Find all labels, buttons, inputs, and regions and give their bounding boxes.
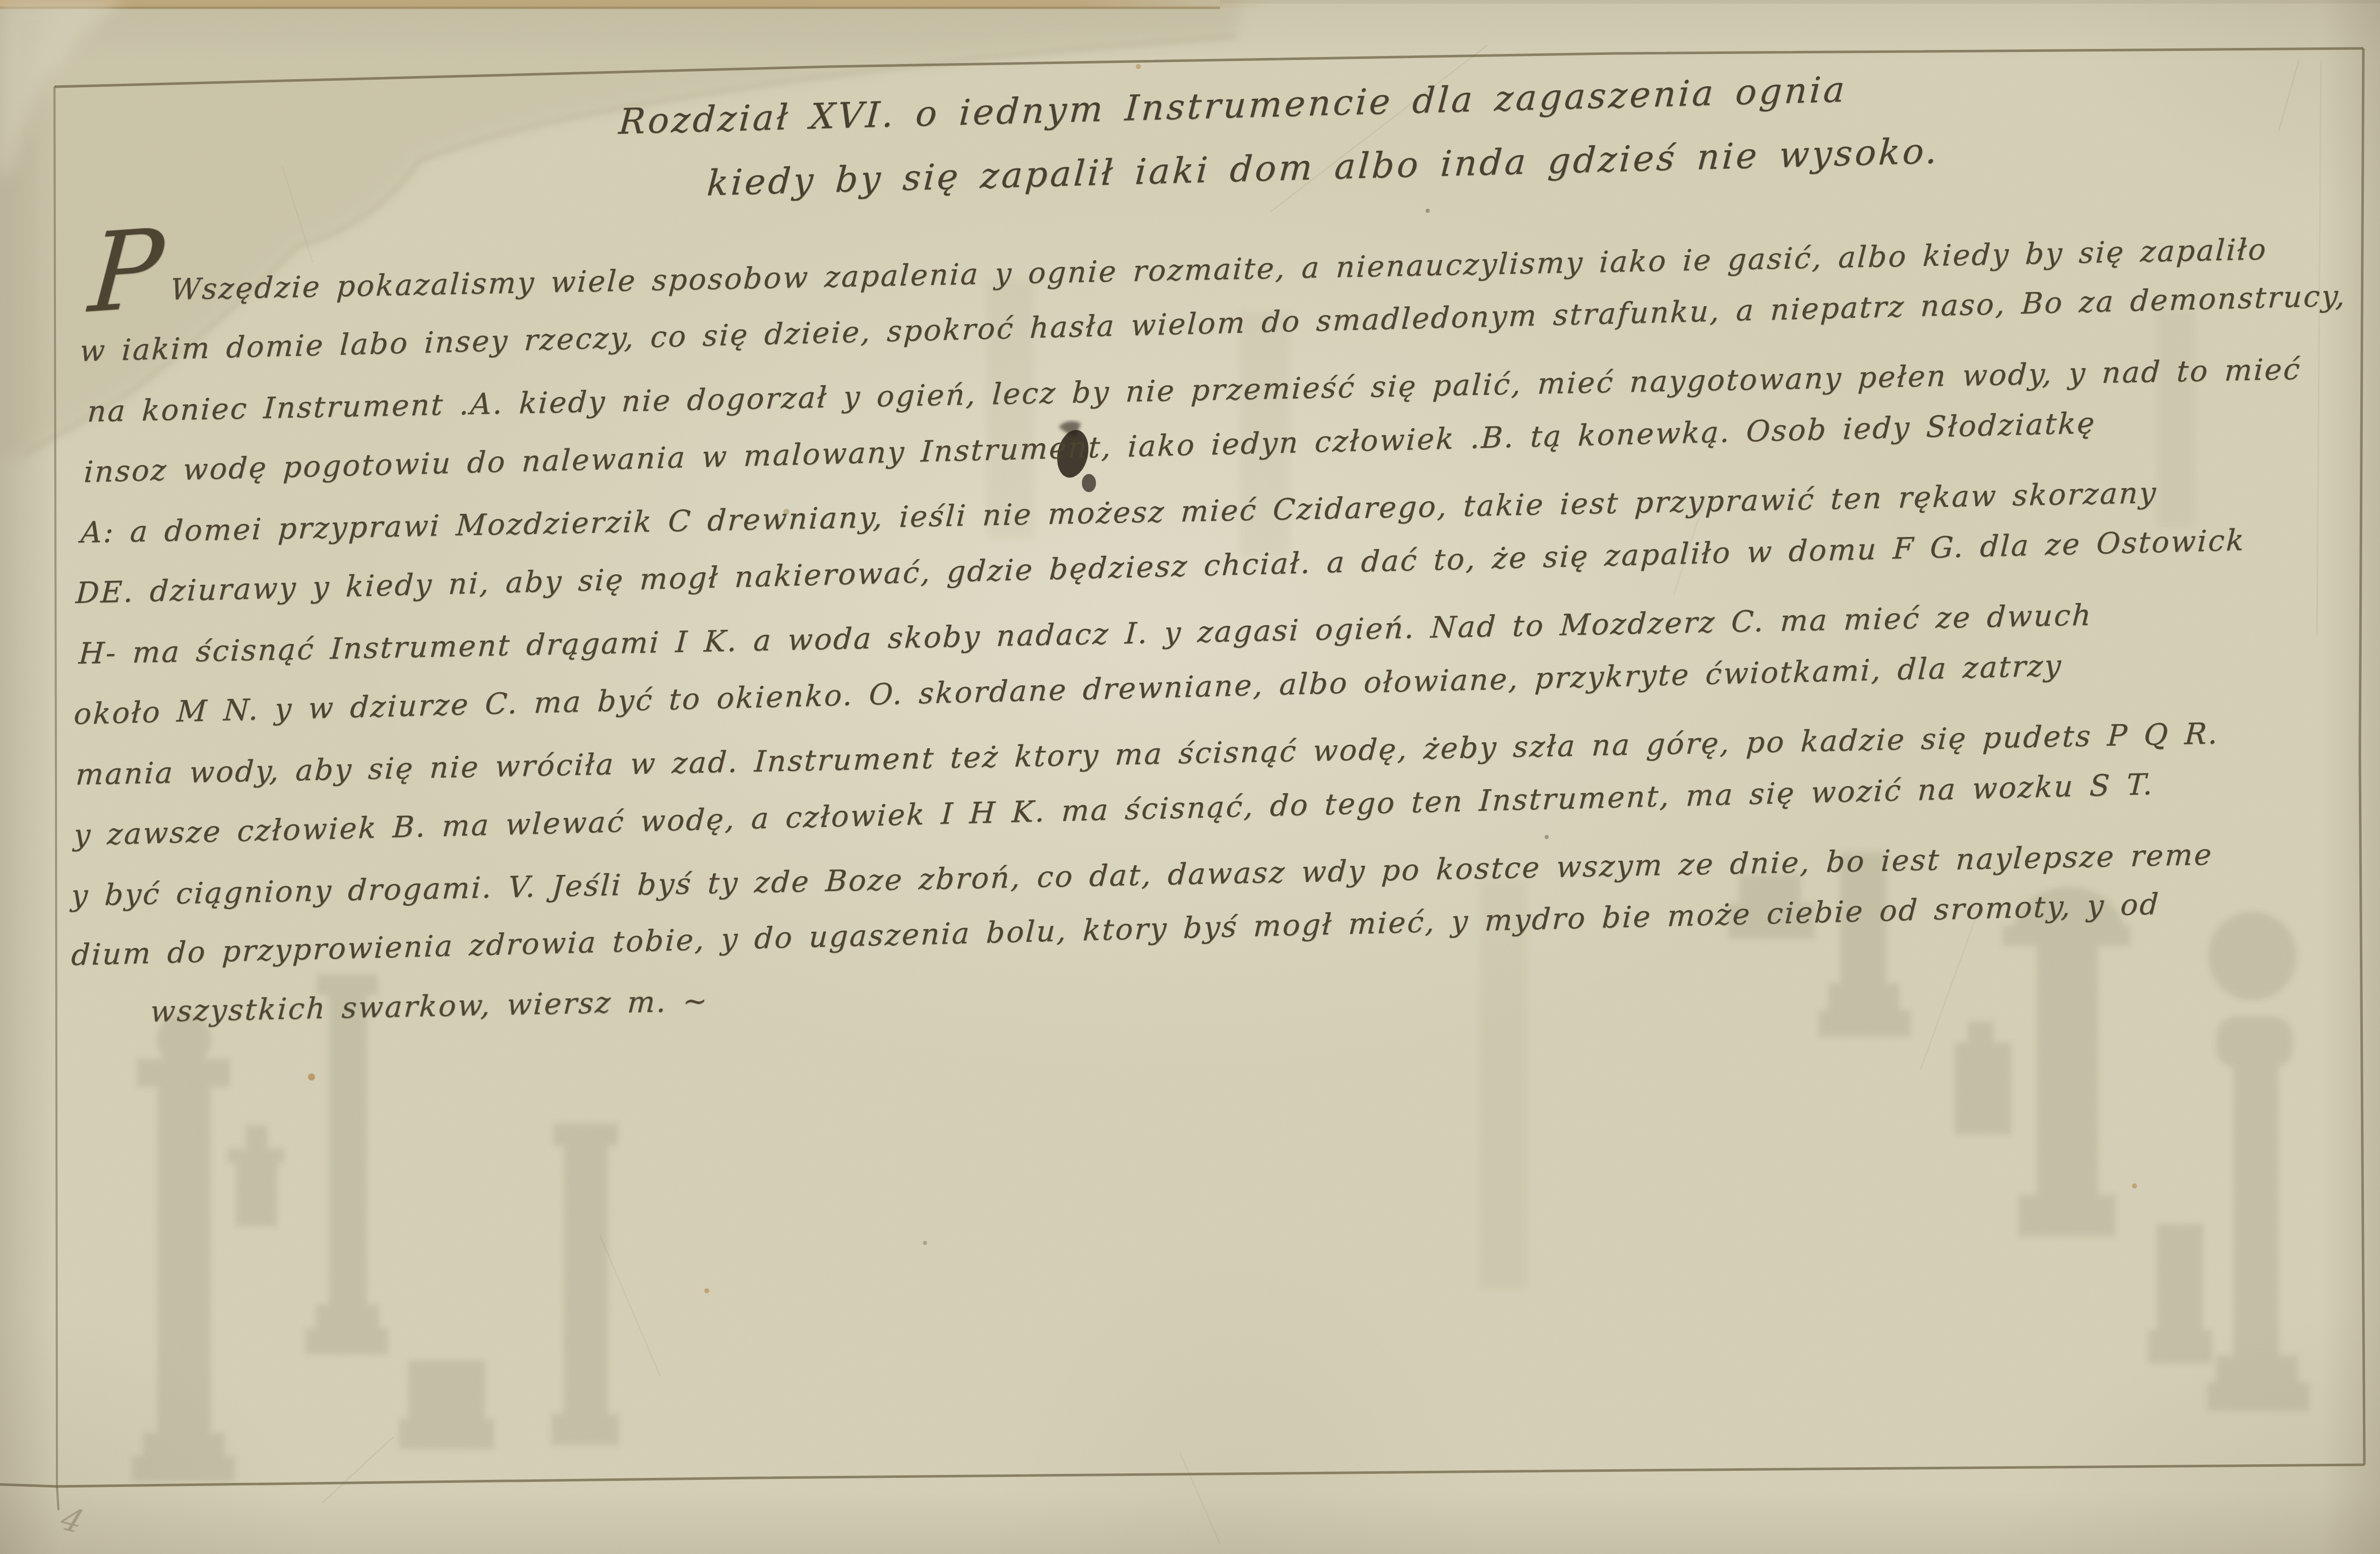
- paragraph-initial: P: [86, 214, 166, 328]
- manuscript-page: Rozdział XVI. o iednym Instrumencie dla …: [0, 0, 2380, 1554]
